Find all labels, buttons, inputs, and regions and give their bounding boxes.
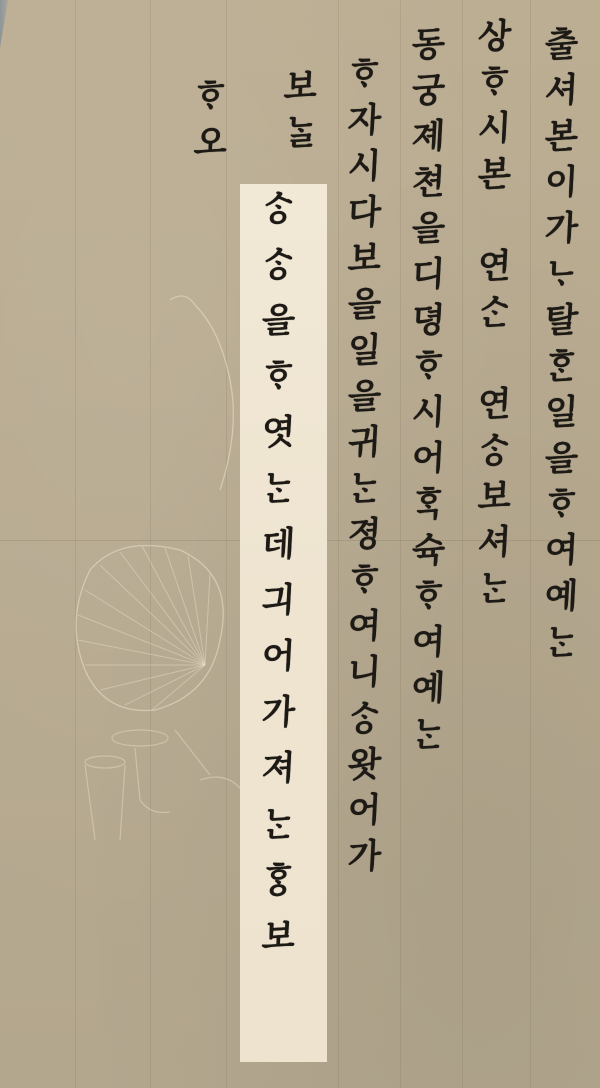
syllable: 연: [477, 387, 510, 423]
syllable: ᄉᆞᆼ: [477, 433, 510, 469]
syllable: 졍: [347, 517, 380, 553]
syllable: 예: [544, 579, 577, 615]
syllable: 시: [347, 149, 380, 185]
syllable: 을: [261, 303, 294, 339]
text-column-3: 동 궁 졔 쳔 을 디 뎡 ᄒᆞ 시 어 ᄒᆞᆨ 슉 ᄒᆞ 여 예 ᄂᆞᆫ: [412, 28, 443, 764]
syllable: 예: [411, 671, 444, 707]
syllable: 가: [347, 839, 380, 875]
syllable: 가: [544, 211, 577, 247]
ruling-line: [226, 0, 227, 1088]
syllable: 보: [477, 479, 510, 515]
ruling-line: [530, 0, 531, 1088]
syllable: ᄂᆞ: [544, 257, 577, 293]
syllable: ᄂᆞᆫ: [477, 571, 510, 607]
syllable: 궁: [411, 73, 444, 109]
ruling-line: [75, 0, 76, 1088]
syllable: ᄒᆞ: [544, 487, 577, 523]
syllable: 셔: [544, 73, 577, 109]
syllable: ᄂᆞᆫ: [411, 717, 444, 753]
syllable: 여: [411, 625, 444, 661]
text-column-2: 상 ᄒᆞ 시 본 ᄒ 연 ᄉᆞᆫ ᄒ 연 ᄉᆞᆼ 보 셔 ᄂᆞᆫ: [478, 20, 509, 618]
syllable: 탈: [544, 303, 577, 339]
text-column-4: ᄒᆞ 자 시 다 보 을 일 을 귀 ᄂᆞᆫ 졍 ᄒᆞ 여 니 ᄉᆞᆼ 왓 어 …: [348, 58, 379, 886]
syllable: 시: [477, 111, 510, 147]
text-column-5-highlighted: ᄉᆞᆼ ᄉᆞᆼ 을 ᄒᆞ 엿 ᄂᆞᆫ 데 긔 어 가 져 ᄂᆞᆫ ᄒᆞᆼ 보: [262, 192, 293, 976]
syllable: 가: [261, 695, 294, 731]
syllable: 뎡: [411, 303, 444, 339]
syllable: ᄂᆞᆫ: [261, 471, 294, 507]
syllable: 여: [544, 533, 577, 569]
syllable: 본: [544, 119, 577, 155]
syllable: ᄉᆞᆼ: [347, 701, 380, 737]
syllable: 어: [411, 441, 444, 477]
syllable: 데: [261, 527, 294, 563]
ruling-line: [400, 0, 401, 1088]
syllable: 보: [283, 69, 316, 105]
syllable: 을: [411, 211, 444, 247]
text-column-7: ᄒᆞ 오: [194, 80, 225, 172]
ruling-line: [462, 0, 463, 1088]
syllable: 이: [544, 165, 577, 201]
ruling-line: [150, 0, 151, 1088]
syllable: 어: [347, 793, 380, 829]
syllable: ᄒᆞ: [411, 579, 444, 615]
syllable: ᄂᆞᆫ: [544, 625, 577, 661]
ruling-line: [338, 0, 339, 1088]
syllable: 졔: [411, 119, 444, 155]
syllable: 디: [411, 257, 444, 293]
syllable: 슉: [411, 533, 444, 569]
syllable: 을: [544, 441, 577, 477]
syllable: 보: [347, 241, 380, 277]
syllable: 여: [347, 609, 380, 645]
syllable: ᄉᆞᆼ: [261, 247, 294, 283]
syllable: ᄒᆞ: [411, 349, 444, 385]
syllable: ᄒᆞ: [347, 563, 380, 599]
syllable: ᄒᆞᆼ: [261, 863, 294, 899]
syllable: ᄒᆞ: [347, 57, 380, 93]
syllable: 엿: [261, 415, 294, 451]
syllable: 오: [193, 125, 226, 161]
syllable: 을: [347, 287, 380, 323]
syllable: ᄉᆞᆼ: [261, 191, 294, 227]
syllable: 져: [261, 751, 294, 787]
syllable: 긔: [261, 583, 294, 619]
syllable: 동: [411, 27, 444, 63]
syllable: 니: [347, 655, 380, 691]
syllable: 상: [477, 19, 510, 55]
syllable: ᄂᆞᆫ: [261, 807, 294, 843]
syllable: ᄒᆞᆫ: [544, 349, 577, 385]
syllable: ᄂᆞᆫ: [347, 471, 380, 507]
syllable: ᄒᆞ: [477, 65, 510, 101]
syllable: 셔: [477, 525, 510, 561]
syllable: ᄒᆞ: [261, 359, 294, 395]
syllable: ᄂᆞᆯ: [283, 115, 316, 151]
syllable: 어: [261, 639, 294, 675]
syllable: 일: [347, 333, 380, 369]
syllable: 쳔: [411, 165, 444, 201]
syllable: ᄉᆞᆫ: [477, 295, 510, 331]
text-column-1: 출 셔 본 이 가 ᄂᆞ 탈 ᄒᆞᆫ 일 을 ᄒᆞ 여 예 ᄂᆞᆫ: [545, 28, 576, 672]
syllable: 왓: [347, 747, 380, 783]
syllable: 시: [411, 395, 444, 431]
syllable: 연: [477, 249, 510, 285]
syllable: 자: [347, 103, 380, 139]
text-column-6: 보 ᄂᆞᆯ: [284, 70, 315, 162]
syllable: 귀: [347, 425, 380, 461]
syllable: 다: [347, 195, 380, 231]
syllable: ᄒᆞ: [193, 79, 226, 115]
syllable: 일: [544, 395, 577, 431]
syllable: 보: [261, 919, 294, 955]
syllable: 을: [347, 379, 380, 415]
syllable: 출: [544, 27, 577, 63]
syllable: 본: [477, 157, 510, 193]
syllable: ᄒᆞᆨ: [411, 487, 444, 523]
